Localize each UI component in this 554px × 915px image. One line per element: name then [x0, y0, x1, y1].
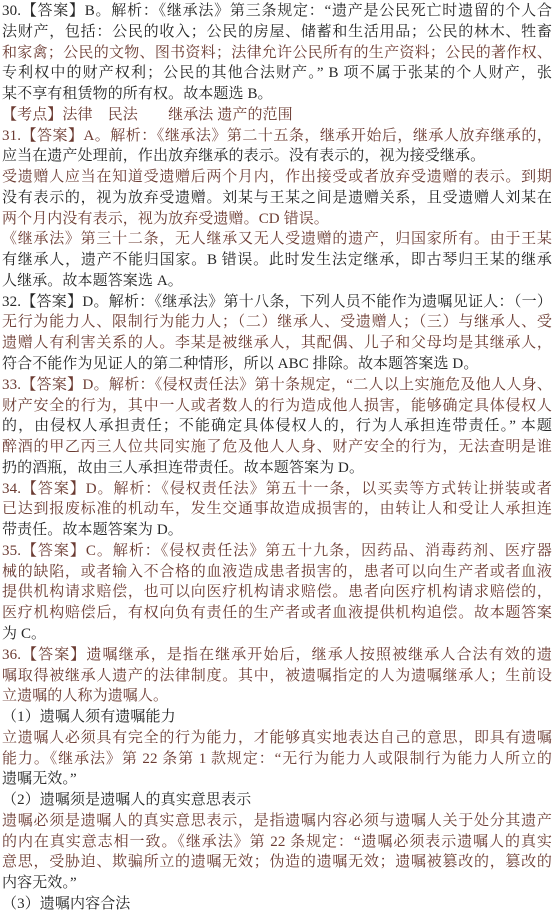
- document-body: 30.【答案】B。解析：《继承法》第三条规定：“遗产是公民死亡时遗留的个人合法财…: [2, 1, 552, 915]
- text-line: （3）遗嘱内容合法: [2, 894, 552, 915]
- text-line: 受遗赠人应当在知道受遗赠后两个月内，作出接受或者放弃受遗赠的表示。到期: [2, 167, 552, 188]
- text-line: 扔的酒瓶，故由三人承担连带责任。故本题答案为 D。: [2, 458, 552, 479]
- text-line: 31.【答案】A。解析：《继承法》第二十五条，继承开始后，继承人放弃继承的，: [2, 126, 552, 147]
- text-line: 和家禽；公民的文物、图书资料；法律允许公民所有的生产资料；公民的著作权、: [2, 43, 552, 64]
- text-line: 内容无效。”: [2, 873, 552, 894]
- text-line: 嘱取得被继承人遗产的法律制度。其中，被遗嘱指定的人为遗嘱继承人；生前设: [2, 666, 552, 687]
- text-line: 《继承法》第三十二条，无人继承又无人受遗赠的遗产，归国家所有。由于王某: [2, 229, 552, 250]
- text-line: 为 C。: [2, 624, 552, 645]
- text-line: 立遗嘱人必须具有完全的行为能力，才能够真实地表达自己的意思，即具有遗嘱: [2, 728, 552, 749]
- text-line: 意思，受胁迫、欺骗所立的遗嘱无效；伪造的遗嘱无效；遗嘱被篡改的，篡改的: [2, 852, 552, 873]
- text-line: 专利权中的财产权利；公民的其他合法财产。” B 项不属于张某的个人财产，张: [2, 63, 552, 84]
- text-line: 醉酒的甲乙丙三人位共同实施了危及他人人身、财产安全的行为，无法查明是谁: [2, 437, 552, 458]
- text-line: 带责任。故本题答案为 D。: [2, 520, 552, 541]
- text-line: （2）遗嘱须是遗嘱人的真实意思表示: [2, 790, 552, 811]
- text-line: 无行为能力人、限制行为能力人；（二）继承人、受遗赠人；（三）与继承人、受: [2, 312, 552, 333]
- text-line: 有继承人，遗产不能归国家。B 错误。此时发生法定继承，即古琴归王某的继承: [2, 250, 552, 271]
- text-line: 应当在遗产处理前，作出放弃继承的表示。没有表示的，视为接受继承。: [2, 146, 552, 167]
- text-line: 人继承。故本题答案选 A。: [2, 271, 552, 292]
- text-line: 33.【答案】D。解析：《侵权责任法》第十条规定，“二人以上实施危及他人人身、: [2, 375, 552, 396]
- text-line: 遗赠人有利害关系的人。李某是被继承人，其配偶、儿子和父母均是其继承人，: [2, 333, 552, 354]
- text-line: 35.【答案】C。解析：《侵权责任法》第五十九条，因药品、消毒药剂、医疗器: [2, 541, 552, 562]
- text-line: 械的缺陷，或者输入不合格的血液造成患者损害的，患者可以向生产者或者血液: [2, 562, 552, 583]
- text-line: 已达到报废标准的机动车，发生交通事故造成损害的，由转让人和受让人承担连: [2, 499, 552, 520]
- text-line: 遗嘱必须是遗嘱人的真实意思表示，是指遗嘱内容必须与遗嘱人关于处分其遗产: [2, 811, 552, 832]
- text-line: 财产安全的行为，其中一人或者数人的行为造成他人损害，能够确定具体侵权人: [2, 396, 552, 417]
- text-line: 提供机构请求赔偿，也可以向医疗机构请求赔偿。患者向医疗机构请求赔偿的，: [2, 582, 552, 603]
- text-line: 【考点】法律 民法 继承法 遗产的范围: [2, 105, 552, 126]
- text-line: 34.【答案】D。解析：《侵权责任法》第五十一条，以买卖等方式转让拼装或者: [2, 479, 552, 500]
- text-line: 30.【答案】B。解析：《继承法》第三条规定：“遗产是公民死亡时遗留的个人合: [2, 1, 552, 22]
- text-line: 的内在真实意志相一致。《继承法》第 22 条规定：“遗嘱必须表示遗嘱人的真实: [2, 832, 552, 853]
- text-line: 的，由侵权人承担责任；不能确定具体侵权人的，行为人承担连带责任。” 本题: [2, 416, 552, 437]
- document-page: 30.【答案】B。解析：《继承法》第三条规定：“遗产是公民死亡时遗留的个人合法财…: [0, 0, 554, 915]
- text-line: 没有表示的，视为放弃受遗赠。刘某与王某之间是遗赠关系，且受遗赠人刘某在: [2, 188, 552, 209]
- text-line: 遗嘱无效。”: [2, 769, 552, 790]
- text-line: 符合不能作为见证人的第二种情形，所以 ABC 排除。故本题答案选 D。: [2, 354, 552, 375]
- text-line: 立遗嘱的人称为遗嘱人。: [2, 686, 552, 707]
- text-line: 能力。《继承法》第 22 条第 1 款规定：“无行为能力人或限制行为能力人所立的: [2, 749, 552, 770]
- text-line: （1）遗嘱人须有遗嘱能力: [2, 707, 552, 728]
- text-line: 医疗机构赔偿后，有权向负有责任的生产者或者血液提供机构追偿。故本题答案: [2, 603, 552, 624]
- text-line: 某不享有租赁物的所有权。故本题选 B。: [2, 84, 552, 105]
- text-line: 两个月内没有表示，视为放弃受遗赠。CD 错误。: [2, 209, 552, 230]
- text-line: 法财产，包括：公民的收入；公民的房屋、储蓄和生活用品；公民的林木、牲畜: [2, 22, 552, 43]
- text-line: 36.【答案】遗嘱继承，是指在继承开始后，继承人按照被继承人合法有效的遗: [2, 645, 552, 666]
- text-line: 32.【答案】D。解析：《继承法》第十八条，下列人员不能作为遗嘱见证人：（一）: [2, 292, 552, 313]
